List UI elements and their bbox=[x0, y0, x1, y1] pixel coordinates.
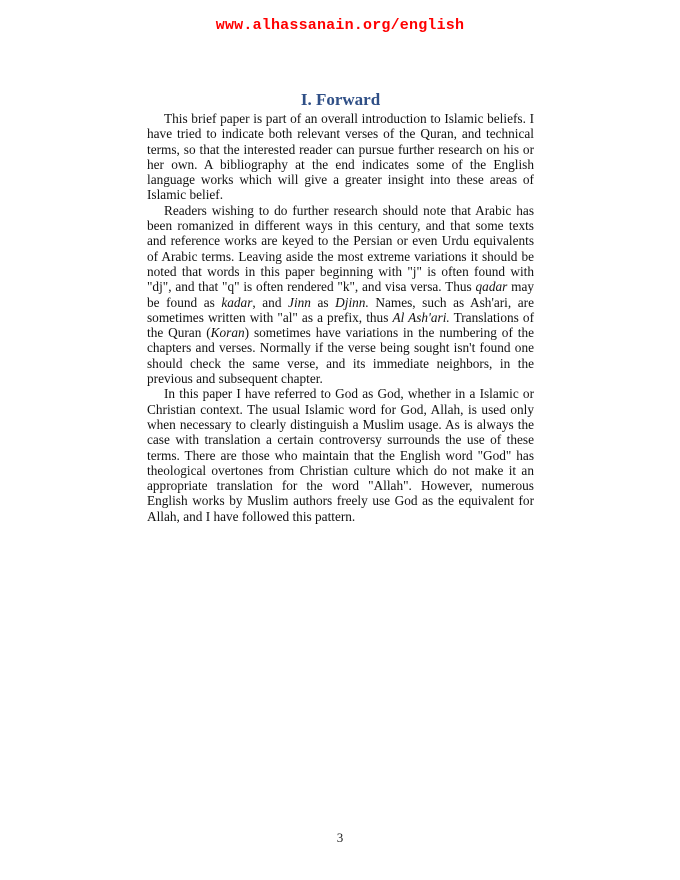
italic-term: qadar bbox=[476, 279, 508, 294]
paragraph: Readers wishing to do further research s… bbox=[147, 203, 534, 387]
italic-term: Al Ash'ari. bbox=[392, 310, 449, 325]
text-run: as bbox=[311, 295, 335, 310]
document-body: I. Forward This brief paper is part of a… bbox=[147, 90, 534, 524]
text-run: This brief paper is part of an overall i… bbox=[147, 111, 534, 202]
site-url-header: www.alhassanain.org/english bbox=[0, 17, 680, 34]
italic-term: Djinn. bbox=[335, 295, 369, 310]
section-heading: I. Forward bbox=[147, 90, 534, 110]
italic-term: Koran bbox=[211, 325, 245, 340]
page-number: 3 bbox=[0, 830, 680, 846]
italic-term: Jinn bbox=[288, 295, 311, 310]
text-run: In this paper I have referred to God as … bbox=[147, 386, 534, 523]
paragraphs-container: This brief paper is part of an overall i… bbox=[147, 111, 534, 524]
italic-term: kadar bbox=[221, 295, 252, 310]
text-run: , and bbox=[252, 295, 288, 310]
paragraph: In this paper I have referred to God as … bbox=[147, 386, 534, 524]
paragraph: This brief paper is part of an overall i… bbox=[147, 111, 534, 203]
